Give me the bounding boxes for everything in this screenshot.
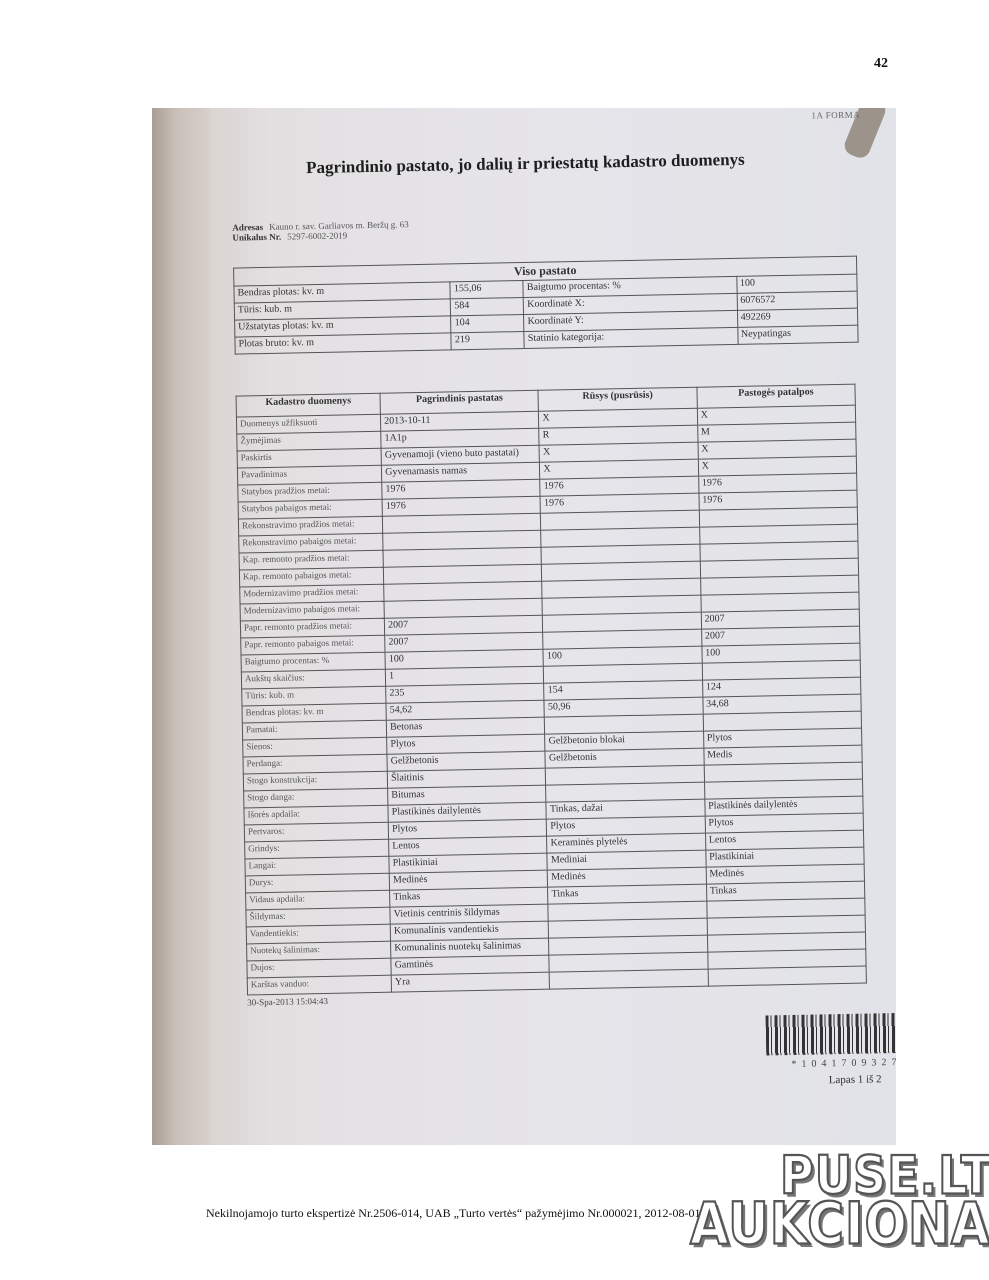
cell-value — [708, 966, 867, 986]
binder-edge — [152, 108, 210, 1145]
document-title: Pagrindinio pastato, jo dalių ir priesta… — [306, 150, 745, 178]
field-value: Neypatingas — [737, 325, 858, 344]
column-header: Pagrindinis pastatas — [380, 390, 539, 414]
unique-no-value: 5297-6002-2019 — [287, 230, 347, 241]
row-label: Karštas vanduo: — [247, 975, 391, 995]
field-label: Plotas bruto: kv. m — [235, 333, 452, 354]
document-photo: 1A FORMA Pagrindinio pastato, jo dalių i… — [152, 108, 896, 1145]
field-value: 104 — [451, 315, 524, 333]
cadastre-data-table: Kadastro duomenysPagrindinis pastatasRūs… — [236, 384, 867, 996]
cell-value — [550, 969, 709, 989]
cadastre-sheet: 1A FORMA Pagrindinio pastato, jo dalių i… — [210, 108, 896, 1145]
watermark-line2: AUKCIONAI — [690, 1191, 989, 1258]
barcode — [766, 1012, 896, 1055]
column-header: Rūsys (pusrūsis) — [538, 387, 697, 411]
field-value: 219 — [451, 332, 524, 350]
field-label: Statinio kategorija: — [524, 327, 737, 348]
whole-building-table: Viso pastato Bendras plotas: kv. m155,06… — [233, 256, 859, 355]
column-header: Pastogės patalpos — [697, 384, 856, 408]
sheet-label: Lapas 1 iš 2 — [829, 1073, 882, 1086]
page-number: 42 — [874, 56, 888, 72]
field-value: 155,06 — [450, 281, 523, 299]
barcode-number: *1041709327* — [766, 1056, 896, 1070]
unique-no-label: Unikalus Nr. — [232, 232, 281, 243]
address-block: AdresasKauno r. sav. Garliavos m. Beržų … — [232, 219, 409, 242]
print-timestamp: 30-Spa-2013 15:04:43 — [247, 996, 328, 1008]
form-code: 1A FORMA — [811, 110, 860, 121]
cell-value: Yra — [391, 972, 550, 992]
page-footer: Nekilnojamojo turto ekspertizė Nr.2506-0… — [206, 1206, 712, 1221]
column-header: Kadastro duomenys — [236, 393, 381, 417]
address-label: Adresas — [232, 222, 263, 233]
field-value: 584 — [451, 298, 524, 316]
